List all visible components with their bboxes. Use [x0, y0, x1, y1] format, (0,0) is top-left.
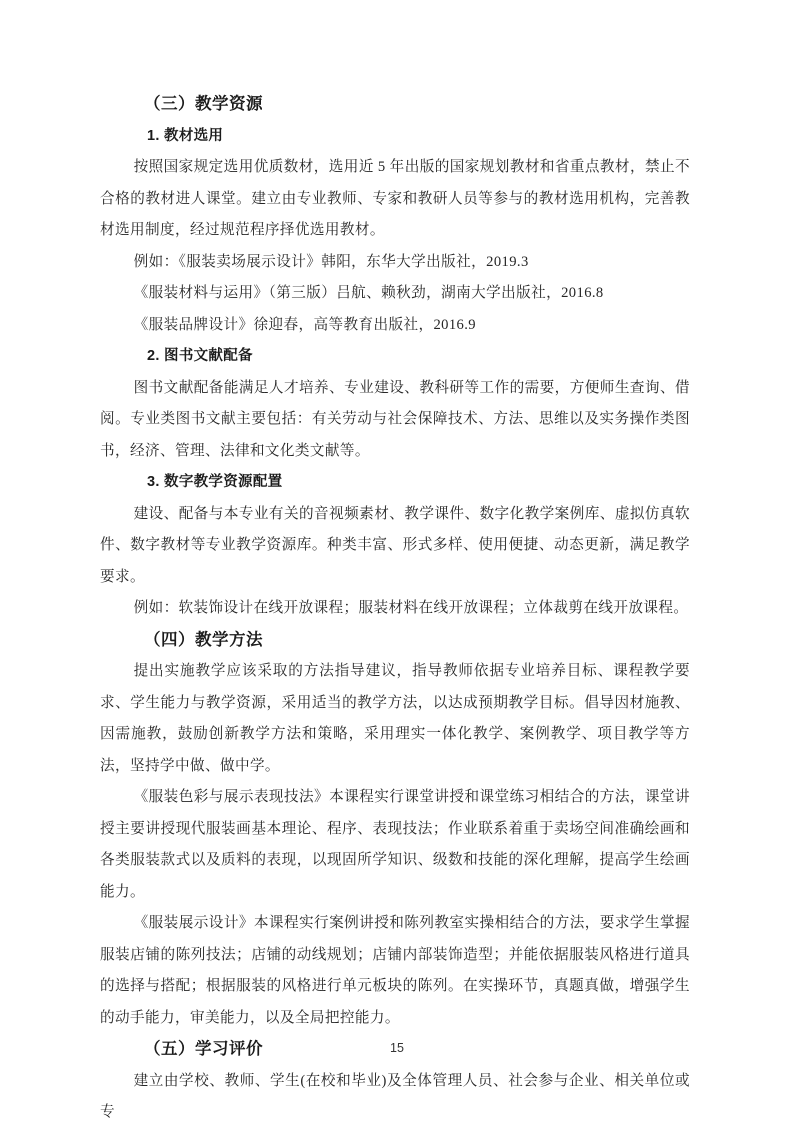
subheading-digital-teaching-resources: 3. 数字教学资源配置 [100, 467, 690, 499]
subheading-textbook-selection: 1. 教材选用 [100, 121, 690, 153]
paragraph-example-book-3: 《服装品牌设计》徐迎春，高等教育出版社，2016.9 [100, 310, 690, 342]
paragraph-course-color-display-techniques: 《服装色彩与展示表现技法》本课程实行课堂讲授和课堂练习相结合的方法，课堂讲授主要… [100, 782, 690, 908]
paragraph-evaluation-intro: 建立由学校、教师、学生(在校和毕业)及全体管理人员、社会参与企业、相关单位或专 [100, 1066, 690, 1123]
paragraph-example-book-1: 例如：《服装卖场展示设计》韩阳，东华大学出版社，2019.3 [100, 247, 690, 279]
page-number: 15 [0, 1038, 794, 1058]
paragraph-library-literature: 图书文献配备能满足人才培养、专业建设、教科研等工作的需要，方便师生查询、借阅。专… [100, 373, 690, 468]
section-heading-teaching-resources: （三）教学资源 [100, 89, 690, 121]
paragraph-example-online-courses: 例如：软装饰设计在线开放课程；服装材料在线开放课程；立体裁剪在线开放课程。 [100, 593, 690, 625]
paragraph-digital-resources: 建设、配备与本专业有关的音视频素材、教学课件、数字化教学案例库、虚拟仿真软件、数… [100, 499, 690, 594]
paragraph-course-display-design: 《服装展示设计》本课程实行案例讲授和陈列教室实操相结合的方法，要求学生掌握服装店… [100, 908, 690, 1034]
paragraph-example-book-2: 《服装材料与运用》（第三版）吕航、赖秋劲，湖南大学出版社，2016.8 [100, 278, 690, 310]
subheading-library-literature: 2. 图书文献配备 [100, 341, 690, 373]
paragraph-teaching-method-guidance: 提出实施教学应该采取的方法指导建议，指导教师依据专业培养目标、课程教学要求、学生… [100, 656, 690, 782]
section-heading-teaching-methods: （四）教学方法 [100, 625, 690, 657]
document-page: （三）教学资源 1. 教材选用 按照国家规定选用优质数材，选用近 5 年出版的国… [0, 0, 794, 1123]
paragraph-textbook-policy: 按照国家规定选用优质数材，选用近 5 年出版的国家规划教材和省重点教材，禁止不合… [100, 152, 690, 247]
